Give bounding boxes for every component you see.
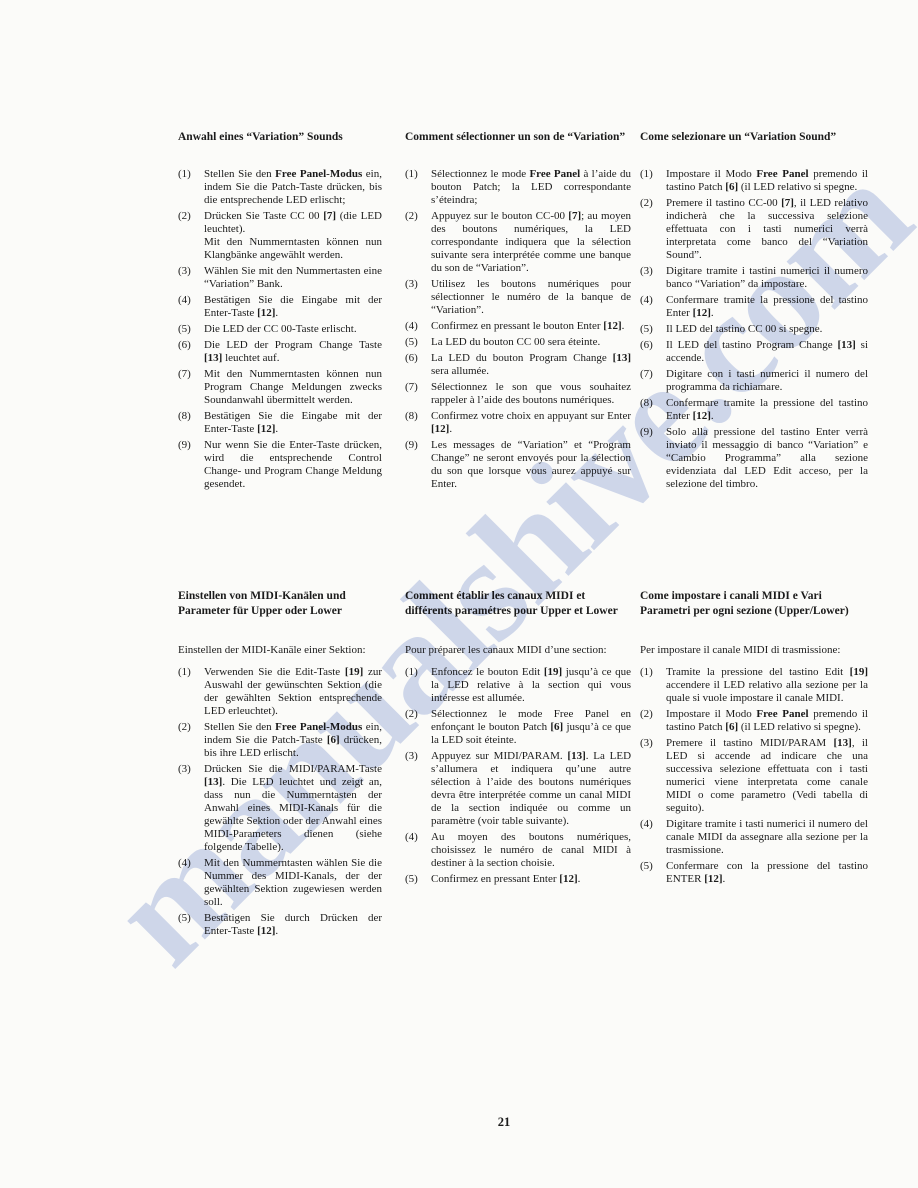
manual-page: Anwahl eines “Variation” Sounds (1)Stell… xyxy=(0,0,918,1188)
list-item: (5)Il LED del tastino CC 00 si spegne. xyxy=(640,323,868,336)
item-number: (2) xyxy=(178,210,204,262)
list-item: (9)Nur wenn Sie die Enter-Taste drücken,… xyxy=(178,439,382,491)
item-text: Impostare il Modo Free Panel premendo il… xyxy=(666,708,868,734)
item-number: (3) xyxy=(178,763,204,854)
item-text: Il LED del tastino Program Change [13] s… xyxy=(666,339,868,365)
item-text: Confirmez votre choix en appuyant sur En… xyxy=(431,410,631,436)
item-number: (8) xyxy=(405,410,431,436)
item-text: Drücken Sie die MIDI/PARAM-Taste [13]. D… xyxy=(204,763,382,854)
item-text: Confermare tramite la pressione del tast… xyxy=(666,397,868,423)
item-number: (7) xyxy=(640,368,666,394)
list-item: (1)Tramite la pressione del tastino Edit… xyxy=(640,666,868,705)
item-number: (4) xyxy=(178,294,204,320)
item-text: Digitare tramite i tastini numerici il n… xyxy=(666,265,868,291)
item-number: (5) xyxy=(640,323,666,336)
item-text: Impostare il Modo Free Panel premendo il… xyxy=(666,168,868,194)
item-text: Confermare con la pressione del tastino … xyxy=(666,860,868,886)
section-heading: Come impostare i canali MIDI e Vari Para… xyxy=(640,589,868,633)
item-text: Confermare tramite la pressione del tast… xyxy=(666,294,868,320)
list-item: (2)Premere il tastino CC-00 [7], il LED … xyxy=(640,197,868,262)
item-text: Stellen Sie den Free Panel-Modus ein, in… xyxy=(204,721,382,760)
item-number: (5) xyxy=(178,912,204,938)
item-text: Digitare con i tasti numerici il numero … xyxy=(666,368,868,394)
item-text: Bestätigen Sie die Eingabe mit der Enter… xyxy=(204,294,382,320)
item-text: Appuyez sur le bouton CC-00 [7]; au moye… xyxy=(431,210,631,275)
list-item: (8)Confermare tramite la pressione del t… xyxy=(640,397,868,423)
list-item: (4)Confermare tramite la pressione del t… xyxy=(640,294,868,320)
section-french-midi-channels: Comment établir les canaux MIDI et diffé… xyxy=(405,589,631,889)
item-number: (4) xyxy=(640,294,666,320)
item-text: Die LED der Program Change Taste [13] le… xyxy=(204,339,382,365)
item-text: Solo alla pressione del tastino Enter ve… xyxy=(666,426,868,491)
item-number: (3) xyxy=(640,265,666,291)
list-item: (2)Impostare il Modo Free Panel premendo… xyxy=(640,708,868,734)
item-text: Les messages de “Variation” et “Program … xyxy=(431,439,631,491)
item-text: Drücken Sie Taste CC 00 [7] (die LED leu… xyxy=(204,210,382,262)
list-item: (4)Bestätigen Sie die Eingabe mit der En… xyxy=(178,294,382,320)
item-number: (7) xyxy=(405,381,431,407)
item-text: Mit den Nummerntasten wählen Sie die Num… xyxy=(204,857,382,909)
item-number: (4) xyxy=(405,320,431,333)
item-number: (6) xyxy=(405,352,431,378)
item-text: Bestätigen Sie durch Drücken der Enter-T… xyxy=(204,912,382,938)
list-item: (8)Bestätigen Sie die Eingabe mit der En… xyxy=(178,410,382,436)
item-number: (1) xyxy=(640,666,666,705)
section-intro: Per impostare il canale MIDI di trasmiss… xyxy=(640,644,868,657)
section-heading: Einstellen von MIDI-Kanälen und Paramete… xyxy=(178,589,382,633)
item-text: Tramite la pressione del tastino Edit [1… xyxy=(666,666,868,705)
section-german-variation: Anwahl eines “Variation” Sounds (1)Stell… xyxy=(178,130,382,494)
item-number: (4) xyxy=(405,831,431,870)
list-item: (9)Solo alla pressione del tastino Enter… xyxy=(640,426,868,491)
item-number: (8) xyxy=(178,410,204,436)
list-item: (6)Il LED del tastino Program Change [13… xyxy=(640,339,868,365)
item-text: Bestätigen Sie die Eingabe mit der Enter… xyxy=(204,410,382,436)
item-text: La LED du bouton CC 00 sera éteinte. xyxy=(431,336,631,349)
item-number: (4) xyxy=(640,818,666,857)
section-german-midi-channels: Einstellen von MIDI-Kanälen und Paramete… xyxy=(178,589,382,941)
item-number: (1) xyxy=(640,168,666,194)
item-text: Stellen Sie den Free Panel-Modus ein, in… xyxy=(204,168,382,207)
list-item: (3)Premere il tastino MIDI/PARAM [13], i… xyxy=(640,737,868,815)
item-number: (8) xyxy=(640,397,666,423)
item-text: Mit den Nummerntasten können nun Program… xyxy=(204,368,382,407)
item-number: (5) xyxy=(178,323,204,336)
list-item: (4)Confirmez en pressant le bouton Enter… xyxy=(405,320,631,333)
list-item: (7)Digitare con i tasti numerici il nume… xyxy=(640,368,868,394)
list-item: (5)Bestätigen Sie durch Drücken der Ente… xyxy=(178,912,382,938)
item-number: (3) xyxy=(405,278,431,317)
item-text: Wählen Sie mit den Nummertasten eine “Va… xyxy=(204,265,382,291)
list-item: (7)Sélectionnez le son que vous souhaite… xyxy=(405,381,631,407)
item-number: (2) xyxy=(178,721,204,760)
list-item: (1)Enfoncez le bouton Edit [19] jusqu’à … xyxy=(405,666,631,705)
section-heading: Come selezionare un “Variation Sound” xyxy=(640,130,868,159)
list-item: (5)Confirmez en pressant Enter [12]. xyxy=(405,873,631,886)
item-number: (2) xyxy=(405,210,431,275)
section-heading: Comment sélectionner un son de “Variatio… xyxy=(405,130,631,159)
item-number: (9) xyxy=(405,439,431,491)
item-number: (7) xyxy=(178,368,204,407)
item-text: Premere il tastino CC-00 [7], il LED rel… xyxy=(666,197,868,262)
item-number: (4) xyxy=(178,857,204,909)
list-item: (6)Die LED der Program Change Taste [13]… xyxy=(178,339,382,365)
list-item: (5)Confermare con la pressione del tasti… xyxy=(640,860,868,886)
item-number: (2) xyxy=(405,708,431,747)
item-text: Enfoncez le bouton Edit [19] jusqu’à ce … xyxy=(431,666,631,705)
page-number: 21 xyxy=(0,1115,918,1130)
item-number: (2) xyxy=(640,708,666,734)
list-item: (5)La LED du bouton CC 00 sera éteinte. xyxy=(405,336,631,349)
item-number: (9) xyxy=(178,439,204,491)
item-text: Sélectionnez le mode Free Panel en enfon… xyxy=(431,708,631,747)
section-intro: Einstellen der MIDI-Kanäle einer Sektion… xyxy=(178,644,382,657)
item-number: (5) xyxy=(405,336,431,349)
section-italian-variation: Come selezionare un “Variation Sound” (1… xyxy=(640,130,868,494)
list-item: (7)Mit den Nummerntasten können nun Prog… xyxy=(178,368,382,407)
list-item: (1)Impostare il Modo Free Panel premendo… xyxy=(640,168,868,194)
list-item: (2)Sélectionnez le mode Free Panel en en… xyxy=(405,708,631,747)
item-number: (1) xyxy=(178,168,204,207)
list-item: (2)Stellen Sie den Free Panel-Modus ein,… xyxy=(178,721,382,760)
list-item: (3)Appuyez sur MIDI/PARAM. [13]. La LED … xyxy=(405,750,631,828)
list-item: (1)Verwenden Sie die Edit-Taste [19] zur… xyxy=(178,666,382,718)
item-text: Die LED der CC 00-Taste erlischt. xyxy=(204,323,382,336)
list-item: (3)Drücken Sie die MIDI/PARAM-Taste [13]… xyxy=(178,763,382,854)
list-item: (2)Appuyez sur le bouton CC-00 [7]; au m… xyxy=(405,210,631,275)
list-item: (9)Les messages de “Variation” et “Progr… xyxy=(405,439,631,491)
item-number: (6) xyxy=(640,339,666,365)
item-text: La LED du bouton Program Change [13] ser… xyxy=(431,352,631,378)
list-item: (3)Wählen Sie mit den Nummertasten eine … xyxy=(178,265,382,291)
item-number: (1) xyxy=(405,666,431,705)
item-text: Utilisez les boutons numériques pour sél… xyxy=(431,278,631,317)
item-number: (1) xyxy=(178,666,204,718)
item-number: (1) xyxy=(405,168,431,207)
section-intro: Pour préparer les canaux MIDI d’une sect… xyxy=(405,644,631,657)
list-item: (4)Digitare tramite i tasti numerici il … xyxy=(640,818,868,857)
item-text: Il LED del tastino CC 00 si spegne. xyxy=(666,323,868,336)
list-item: (6)La LED du bouton Program Change [13] … xyxy=(405,352,631,378)
item-number: (3) xyxy=(178,265,204,291)
item-text: Sélectionnez le son que vous souhaitez r… xyxy=(431,381,631,407)
item-text: Appuyez sur MIDI/PARAM. [13]. La LED s’a… xyxy=(431,750,631,828)
item-number: (9) xyxy=(640,426,666,491)
list-item: (4)Au moyen des boutons numériques, choi… xyxy=(405,831,631,870)
item-number: (3) xyxy=(405,750,431,828)
item-number: (3) xyxy=(640,737,666,815)
list-item: (5)Die LED der CC 00-Taste erlischt. xyxy=(178,323,382,336)
section-french-variation: Comment sélectionner un son de “Variatio… xyxy=(405,130,631,494)
section-heading: Anwahl eines “Variation” Sounds xyxy=(178,130,382,159)
list-item: (3)Utilisez les boutons numériques pour … xyxy=(405,278,631,317)
list-item: (3)Digitare tramite i tastini numerici i… xyxy=(640,265,868,291)
item-text: Digitare tramite i tasti numerici il num… xyxy=(666,818,868,857)
list-item: (1)Sélectionnez le mode Free Panel à l’a… xyxy=(405,168,631,207)
item-text: Sélectionnez le mode Free Panel à l’aide… xyxy=(431,168,631,207)
section-heading: Comment établir les canaux MIDI et diffé… xyxy=(405,589,631,633)
list-item: (4)Mit den Nummerntasten wählen Sie die … xyxy=(178,857,382,909)
item-number: (2) xyxy=(640,197,666,262)
list-item: (8)Confirmez votre choix en appuyant sur… xyxy=(405,410,631,436)
item-text: Nur wenn Sie die Enter-Taste drücken, wi… xyxy=(204,439,382,491)
item-text: Confirmez en pressant le bouton Enter [1… xyxy=(431,320,631,333)
item-text: Premere il tastino MIDI/PARAM [13], il L… xyxy=(666,737,868,815)
item-number: (5) xyxy=(405,873,431,886)
item-text: Confirmez en pressant Enter [12]. xyxy=(431,873,631,886)
list-item: (2)Drücken Sie Taste CC 00 [7] (die LED … xyxy=(178,210,382,262)
item-text: Verwenden Sie die Edit-Taste [19] zur Au… xyxy=(204,666,382,718)
item-number: (6) xyxy=(178,339,204,365)
list-item: (1)Stellen Sie den Free Panel-Modus ein,… xyxy=(178,168,382,207)
item-number: (5) xyxy=(640,860,666,886)
section-italian-midi-channels: Come impostare i canali MIDI e Vari Para… xyxy=(640,589,868,889)
item-text: Au moyen des boutons numériques, choisis… xyxy=(431,831,631,870)
